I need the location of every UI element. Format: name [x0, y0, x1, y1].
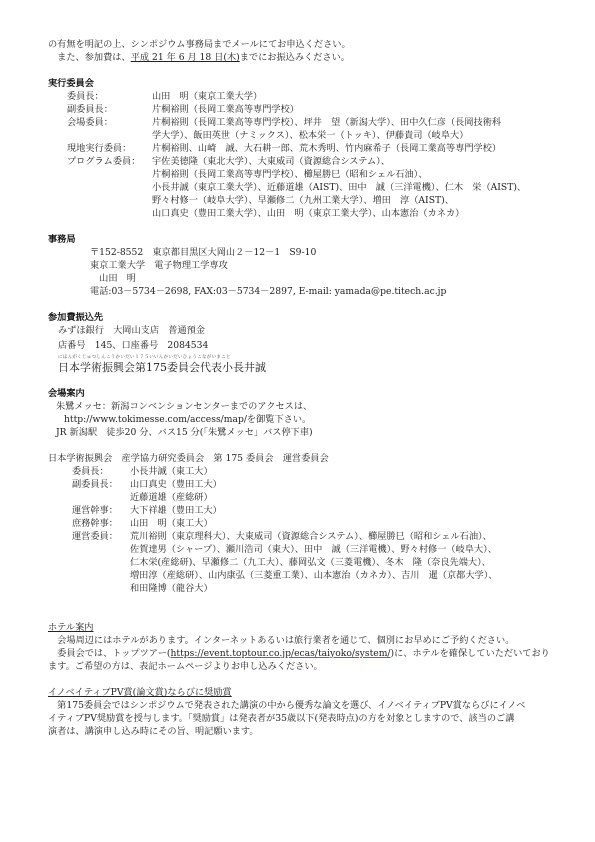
row-label: 運営委員： [48, 530, 130, 595]
secretariat-address: 〒152-8552 東京都目黒区大岡山２－12－1 S9-10 [90, 246, 558, 259]
row-value: 和田隆博（龍谷大） [130, 582, 497, 595]
steering-committee-list: 委員長： 小長井誠（東工大） 副委員長： 山口真史（豊田工大） 近藤道雄（産総研… [48, 465, 558, 595]
intro-line-2: また、参加費は、平成 21 年 6 月 18 日(木)までにお振込みください。 [48, 51, 558, 64]
steering-row-chair: 委員長： 小長井誠（東工大） [48, 465, 558, 478]
payment-account: 店番号 145、口座番号 2084534 [58, 339, 558, 352]
row-label: 副委員長： [48, 103, 152, 116]
awards-line-2: イティブPV奨励賞を授与します。「奨励賞」は発表者が35歳以下(発表時点)の方を… [48, 712, 558, 725]
committee-row-chair: 委員長： 山田 明（東京工業大学） [48, 90, 558, 103]
row-value: 山口真史（豊田工大） [130, 478, 222, 491]
row-value: 片桐裕則、山崎 誠、大石耕一郎、荒木秀明、竹内麻希子（長岡工業高等専門学校） [152, 142, 501, 155]
row-value: 片桐裕則（長岡工業高等専門学校）、坪井 望（新潟大学）、田中久仁彦（長岡技術科 [152, 116, 501, 129]
intro-prefix: また、参加費は、 [48, 52, 131, 63]
row-value: 佐賀達男（シャープ）、瀬川浩司（東大）、田中 誠（三洋電機）、野々村修一（岐阜大… [130, 543, 497, 556]
payment-deadline: 平成 21 年 6 月 18 日(木) [131, 52, 240, 63]
secretariat-person: 山田 明 [90, 272, 558, 285]
venue-access: 朱鷺メッセ：新潟コンベンションセンターまでのアクセスは、 [56, 400, 558, 413]
hotel-line-3: ます。ご希望の方は、表記ホームページよりお申し込みください。 [48, 660, 558, 673]
row-value: 大下祥雄（豊田工大） [130, 504, 222, 517]
hotel-suffix: )に、ホテルを確保していただいており [391, 648, 550, 659]
row-value: 増田淳（産総研）、山内康弘（三菱重工業）、山本憲治（カネカ）、吉川 暹（京都大学… [130, 569, 497, 582]
document-page: の有無を明記の上、シンポジウム事務局までメールにてお申込ください。 また、参加費… [48, 38, 558, 738]
payment-heading: 参加費振込先 [48, 311, 558, 324]
executive-committee-list: 委員長： 山田 明（東京工業大学） 副委員長： 片桐裕則（長岡工業高等専門学校）… [48, 90, 558, 220]
awards-line-3: 演者は、講演申し込み時にその旨、明記願います。 [48, 725, 558, 738]
venue-heading: 会場案内 [48, 387, 558, 400]
payment-holder: 日本学術振興会第175委員会代表小長井誠 [58, 361, 558, 374]
steering-committee-title: 日本学術振興会 産学協力研究委員会 第 175 委員会 運営委員会 [48, 452, 558, 465]
executive-committee-heading: 実行委員会 [48, 77, 558, 90]
hotel-prefix: 委員会では、トップツアー( [48, 648, 170, 659]
row-value: 荒川裕則（東京理科大）、大東威司（資源総合システム）、櫛屋勝巳（昭和シェル石油）… [130, 530, 497, 543]
row-label: 運営幹事： [48, 504, 130, 517]
row-label: 委員長： [48, 465, 130, 478]
row-value: 山田 明（東京工業大学） [152, 90, 262, 103]
steering-row-general-affairs: 庶務幹事： 山田 明（東工大） [48, 517, 558, 530]
committee-row-program: プログラム委員： 宇佐美徳隆（東北大学）、大東威司（資源総合システム）、 片桐裕… [48, 155, 558, 220]
row-value: 片桐裕則（長岡工業高等専門学校）、櫛屋勝巳（昭和シェル石油）、 [152, 168, 526, 181]
committee-row-vice-chair: 副委員長： 片桐裕則（長岡工業高等専門学校） [48, 103, 558, 116]
row-label: 副委員長： [48, 478, 130, 504]
row-label: プログラム委員： [48, 155, 152, 220]
row-value: 片桐裕則（長岡工業高等専門学校） [152, 103, 299, 116]
row-label: 会場委員： [48, 116, 152, 142]
row-value: 仁木栄(産総研)、早瀬修二（九工大）、藤岡弘文（三菱電機）、冬木 隆（奈良先端大… [130, 556, 497, 569]
row-value: 山田 明（東工大） [130, 517, 213, 530]
secretariat-department: 東京工業大学 電子物理工学専攻 [90, 259, 558, 272]
intro-suffix: までにお振込みください。 [240, 52, 350, 63]
hotel-line-2: 委員会では、トップツアー(https://event.toptour.co.jp… [48, 647, 558, 660]
row-value: 小長井誠（東京工業大学）、近藤道雄（AIST)、田中 誠（三洋電機）、仁木 栄（… [152, 181, 526, 194]
venue-directions: JR 新潟駅 徒歩20 分、バス15 分(「朱鷺メッセ」バス停下車) [56, 426, 558, 439]
row-label: 委員長： [48, 90, 152, 103]
row-value: 小長井誠（東工大） [130, 465, 213, 478]
steering-row-members: 運営委員： 荒川裕則（東京理科大）、大東威司（資源総合システム）、櫛屋勝巳（昭和… [48, 530, 558, 595]
hotel-heading: ホテル案内 [48, 621, 558, 634]
payment-bank: みずほ銀行 大岡山支店 普通預金 [58, 324, 558, 337]
steering-row-vice-chair: 副委員長： 山口真史（豊田工大） 近藤道雄（産総研） [48, 478, 558, 504]
hotel-line-1: 会場周辺にはホテルがあります。インターネットあるいは旅行業者を通じて、個別にお早… [48, 634, 558, 647]
row-value: 山口真史（豊田工業大学）、山田 明（東京工業大学）、山本憲治（カネカ） [152, 207, 526, 220]
awards-heading: イノベイティブPV賞(論文賞)ならびに奨励賞 [48, 686, 558, 699]
venue-map-url[interactable]: http://www.tokimesse.com/access/map/を御覧下… [56, 413, 558, 426]
hotel-booking-link[interactable]: https://event.toptour.co.jp/ecas/taiyoko… [170, 648, 390, 659]
row-value: 近藤道雄（産総研） [130, 491, 222, 504]
row-value: 宇佐美徳隆（東北大学）、大東威司（資源総合システム）、 [152, 155, 526, 168]
steering-row-secretary: 運営幹事： 大下祥雄（豊田工大） [48, 504, 558, 517]
row-label: 庶務幹事： [48, 517, 130, 530]
intro-line-1: の有無を明記の上、シンポジウム事務局までメールにてお申込ください。 [48, 38, 558, 51]
secretariat-contact: 電話:03－5734－2698, FAX:03－5734－2897, E-mai… [90, 285, 558, 298]
secretariat-heading: 事務局 [48, 233, 558, 246]
committee-row-venue: 会場委員： 片桐裕則（長岡工業高等専門学校）、坪井 望（新潟大学）、田中久仁彦（… [48, 116, 558, 142]
row-value: 学大学）、飯田英世（ナミックス）、松本栄一（トッキ）、伊藤貴司（岐阜大） [152, 129, 501, 142]
row-value: 野々村修一（岐阜大学）、早瀬修二（九州工業大学）、増田 淳（AIST)、 [152, 194, 526, 207]
awards-line-1: 第175委員会ではシンポジウムで発表された講演の中から優秀な論文を選び、イノベイ… [48, 699, 558, 712]
committee-row-local: 現地実行委員： 片桐裕則、山崎 誠、大石耕一郎、荒木秀明、竹内麻希子（長岡工業高… [48, 142, 558, 155]
row-label: 現地実行委員： [48, 142, 152, 155]
